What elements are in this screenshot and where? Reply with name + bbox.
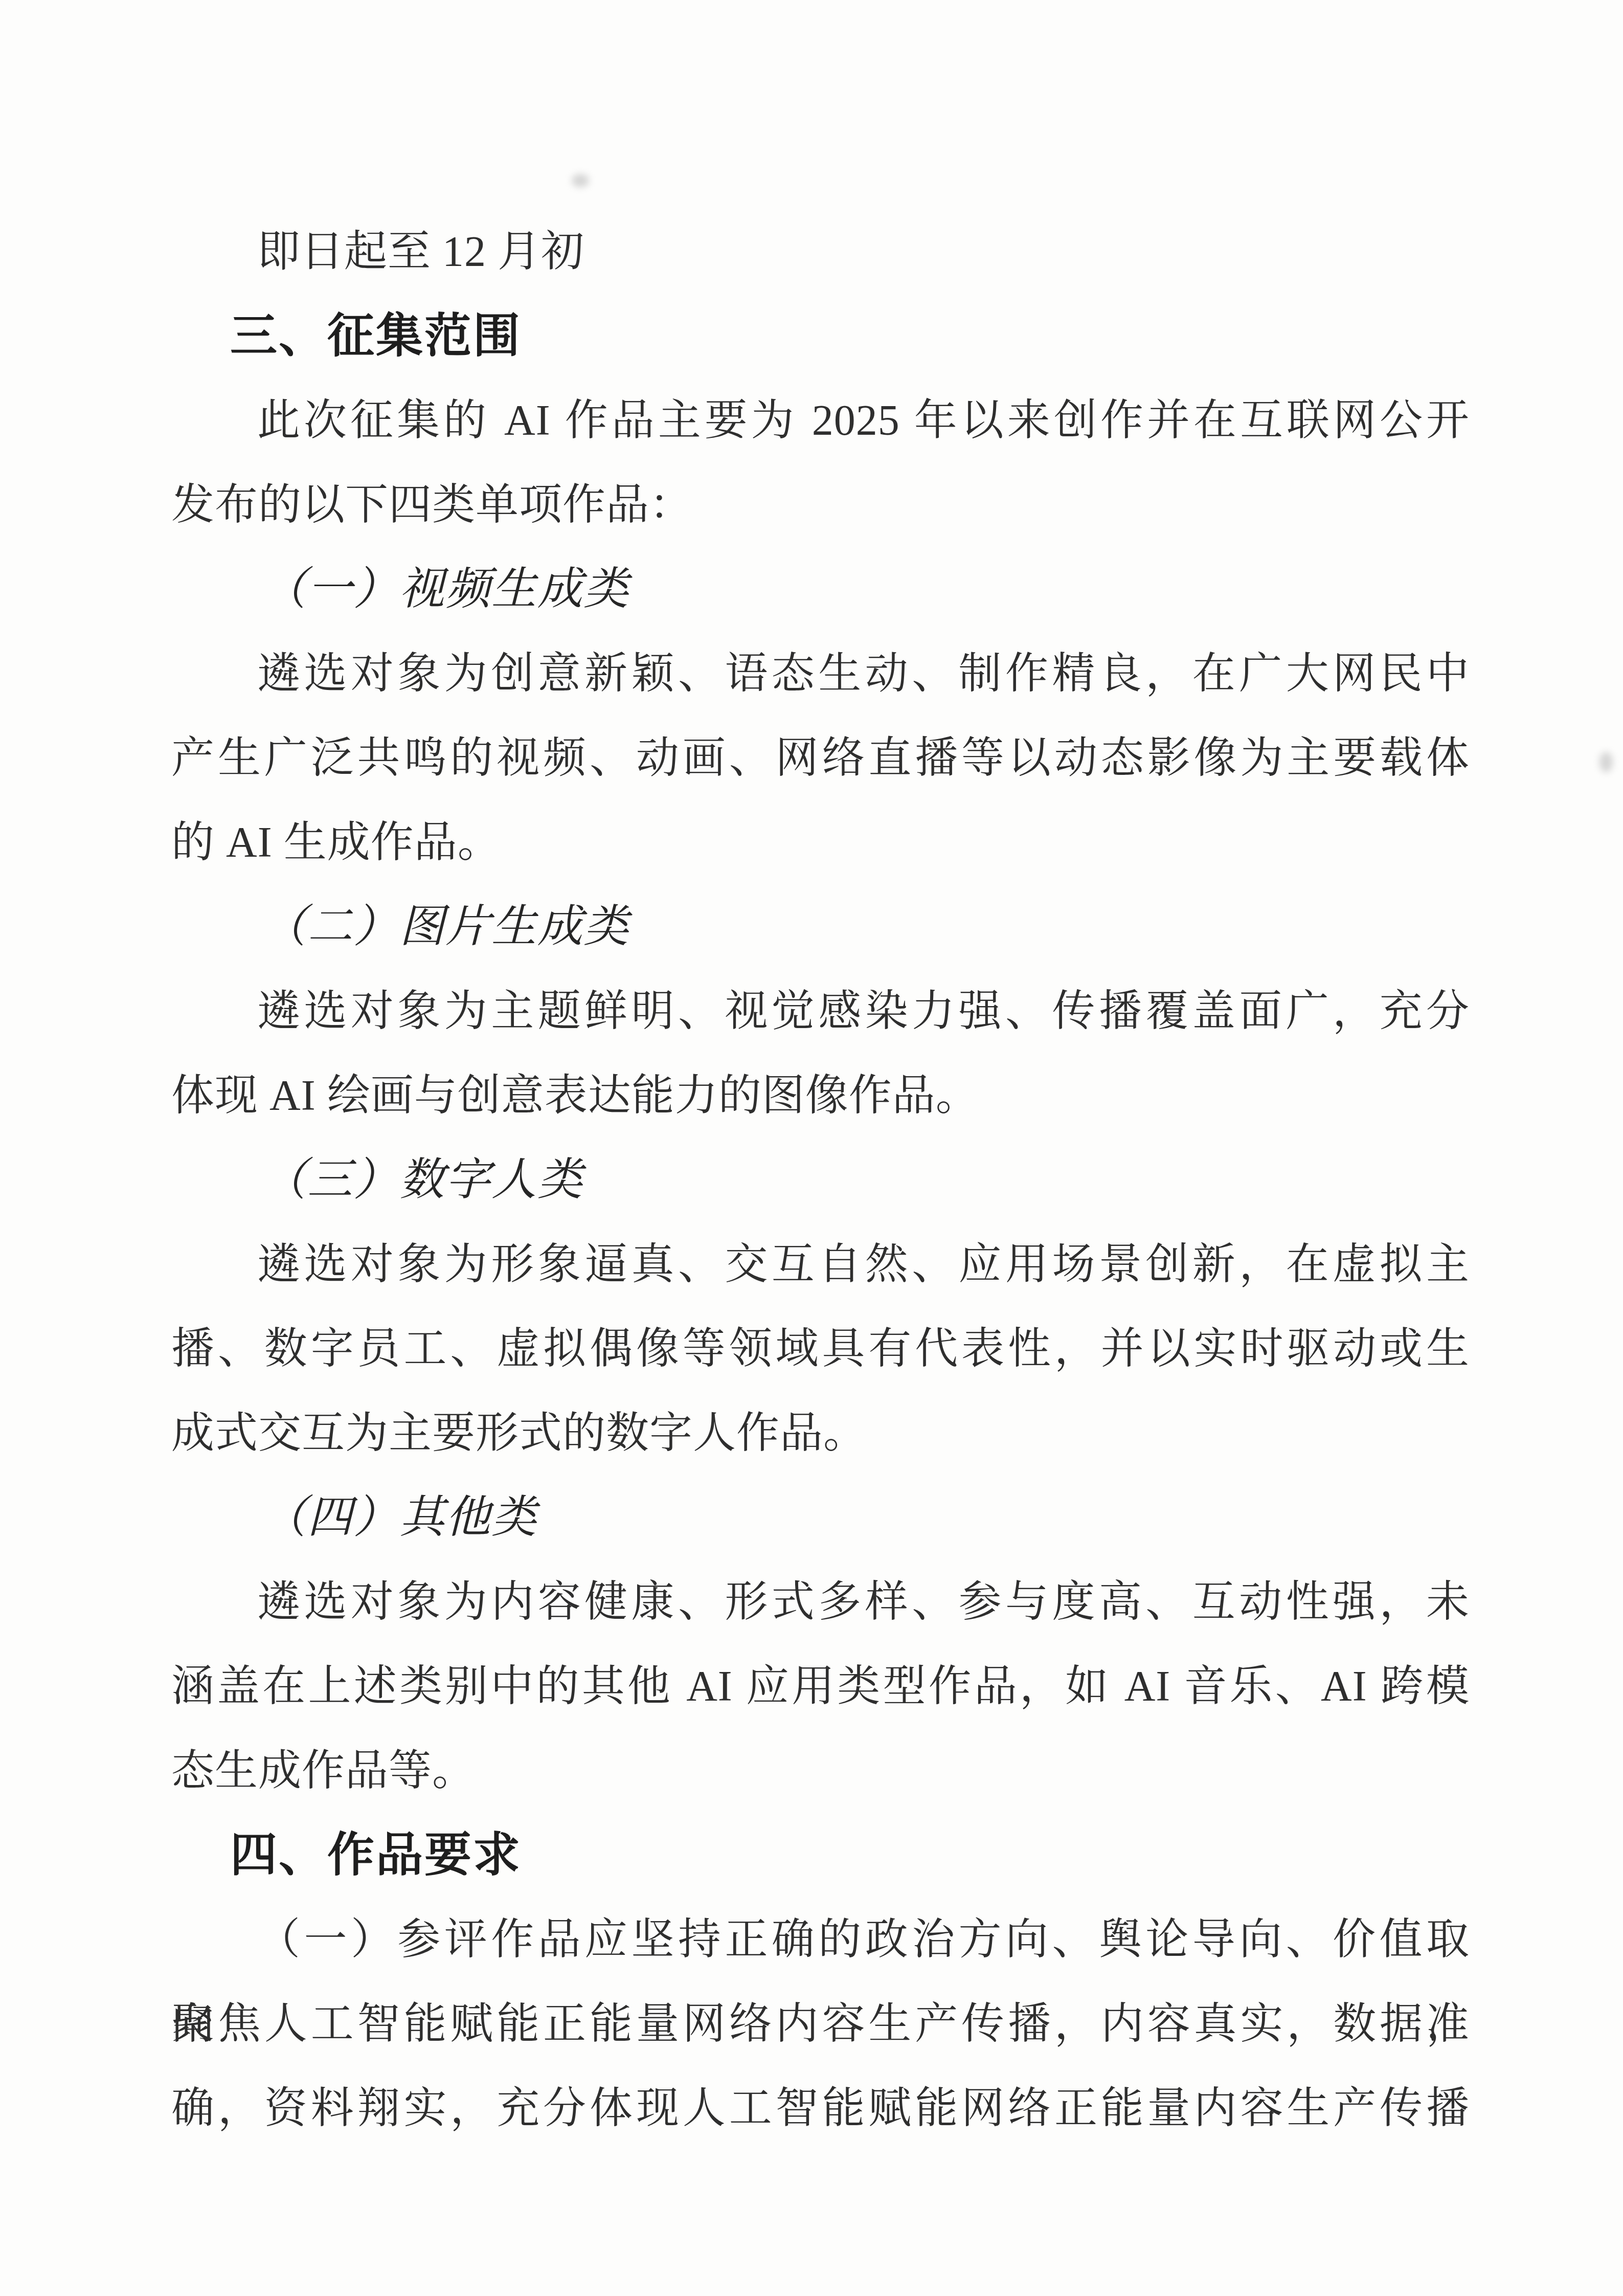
paragraph-line: 产生广泛共鸣的视频、动画、网络直播等以动态影像为主要载体	[171, 716, 1470, 800]
paragraph-line: 遴选对象为创意新颖、语态生动、制作精良，在广大网民中	[171, 632, 1470, 716]
paragraph-line: 发布的以下四类单项作品：	[171, 463, 1470, 547]
paragraph-line: 遴选对象为形象逼真、交互自然、应用场景创新，在虚拟主	[171, 1222, 1470, 1307]
paragraph-line: 涵盖在上述类别中的其他 AI 应用类型作品，如 AI 音乐、AI 跨模	[171, 1644, 1470, 1729]
paragraph-line: 体现 AI 绘画与创意表达能力的图像作品。	[171, 1054, 1470, 1138]
section-heading-3: 三、征集范围	[171, 294, 1470, 378]
section-heading-4: 四、作品要求	[171, 1813, 1470, 1898]
paragraph-line: 的 AI 生成作品。	[171, 800, 1470, 885]
paragraph-line: 遴选对象为内容健康、形式多样、参与度高、互动性强，未	[171, 1560, 1470, 1644]
subheading-digital-human-category: （三）数字人类	[171, 1138, 1470, 1222]
paragraph-line: 态生成作品等。	[171, 1729, 1470, 1813]
paragraph-line: （一）参评作品应坚持正确的政治方向、舆论导向、价值取向，	[171, 1898, 1470, 1982]
scan-artifact	[572, 174, 589, 187]
document-page: 即日起至 12 月初 三、征集范围 此次征集的 AI 作品主要为 2025 年以…	[0, 0, 1623, 2296]
scan-artifact	[1599, 752, 1613, 772]
paragraph-line: 确，资料翔实，充分体现人工智能赋能网络正能量内容生产传播	[171, 2066, 1470, 2151]
paragraph-line: 遴选对象为主题鲜明、视觉感染力强、传播覆盖面广，充分	[171, 969, 1470, 1054]
paragraph-line: 此次征集的 AI 作品主要为 2025 年以来创作并在互联网公开	[171, 378, 1470, 463]
paragraph-line: 聚焦人工智能赋能正能量网络内容生产传播，内容真实，数据准	[171, 1982, 1470, 2066]
subheading-other-category: （四）其他类	[171, 1476, 1470, 1560]
document-body: 即日起至 12 月初 三、征集范围 此次征集的 AI 作品主要为 2025 年以…	[171, 210, 1470, 2151]
subheading-image-category: （二）图片生成类	[171, 885, 1470, 969]
paragraph-line: 成式交互为主要形式的数字人作品。	[171, 1391, 1470, 1476]
paragraph-line: 播、数字员工、虚拟偶像等领域具有代表性，并以实时驱动或生	[171, 1307, 1470, 1391]
subheading-video-category: （一）视频生成类	[171, 547, 1470, 632]
paragraph-tail-line: 即日起至 12 月初	[171, 210, 1470, 294]
